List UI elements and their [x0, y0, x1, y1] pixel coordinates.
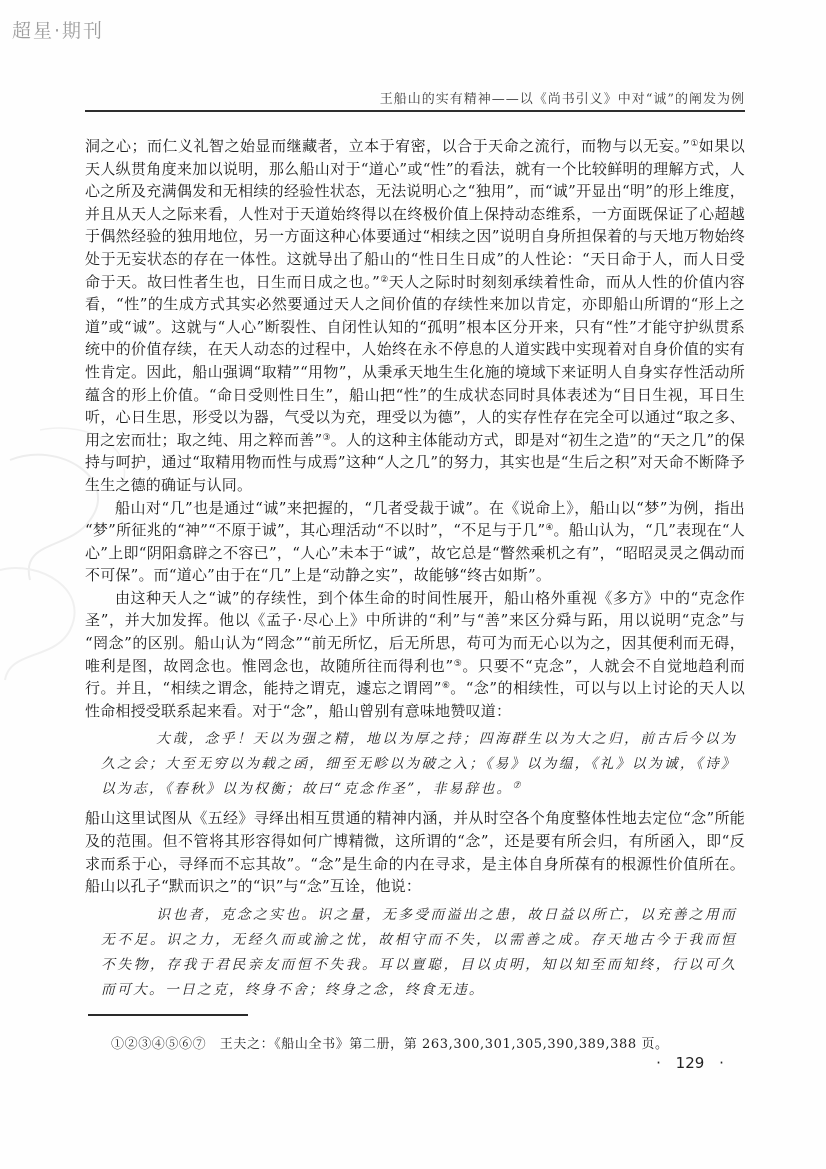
platform-brand-label: 超星·期刊 — [12, 16, 104, 43]
footnote-text: ①②③④⑤⑥⑦ 王夫之：《船山全书》第二册，第 263,300,301,305,… — [85, 1033, 745, 1052]
header-rule — [85, 110, 745, 112]
body-paragraph: 船山对“几”也是通过“诚”来把握的，“几者受裁于诚”。在《说命上》，船山以“梦”… — [85, 497, 745, 587]
body-paragraph: 洞之心；而仁义礼智之始显而继藏者，立本于宥密，以合于天命之流行，而物与以无妄。”… — [85, 135, 745, 497]
body-paragraph: 由这种天人之“诚”的存续性，到个体生命的时间性展开，船山格外重视《多方》中的“克… — [85, 587, 745, 723]
block-quote: 识也者，克念之实也。识之量，无多受而溢出之患，故日益以所亡，以充善之用而无不足。… — [101, 903, 737, 1003]
body-paragraph: 船山这里试图从《五经》寻绎出相互贯通的精神内涵，并从时空各个角度整体性地去定位“… — [85, 807, 745, 897]
running-title: 王船山的实有精神——以《尚书引义》中对“诚”的阐发为例 — [85, 88, 745, 107]
footnote-rule — [88, 1014, 248, 1016]
article-body: 洞之心；而仁义礼智之始显而继藏者，立本于宥密，以合于天命之流行，而物与以无妄。”… — [85, 135, 745, 1008]
page-number: · 129 · — [620, 1054, 760, 1072]
block-quote: 大哉，念乎！天以为强之精，地以为厚之持；四海群生以为大之归，前古后今以为久之会；… — [101, 727, 737, 802]
journal-page: 超星·期刊 王船山的实有精神——以《尚书引义》中对“诚”的阐发为例 洞之心；而仁… — [0, 0, 826, 1169]
